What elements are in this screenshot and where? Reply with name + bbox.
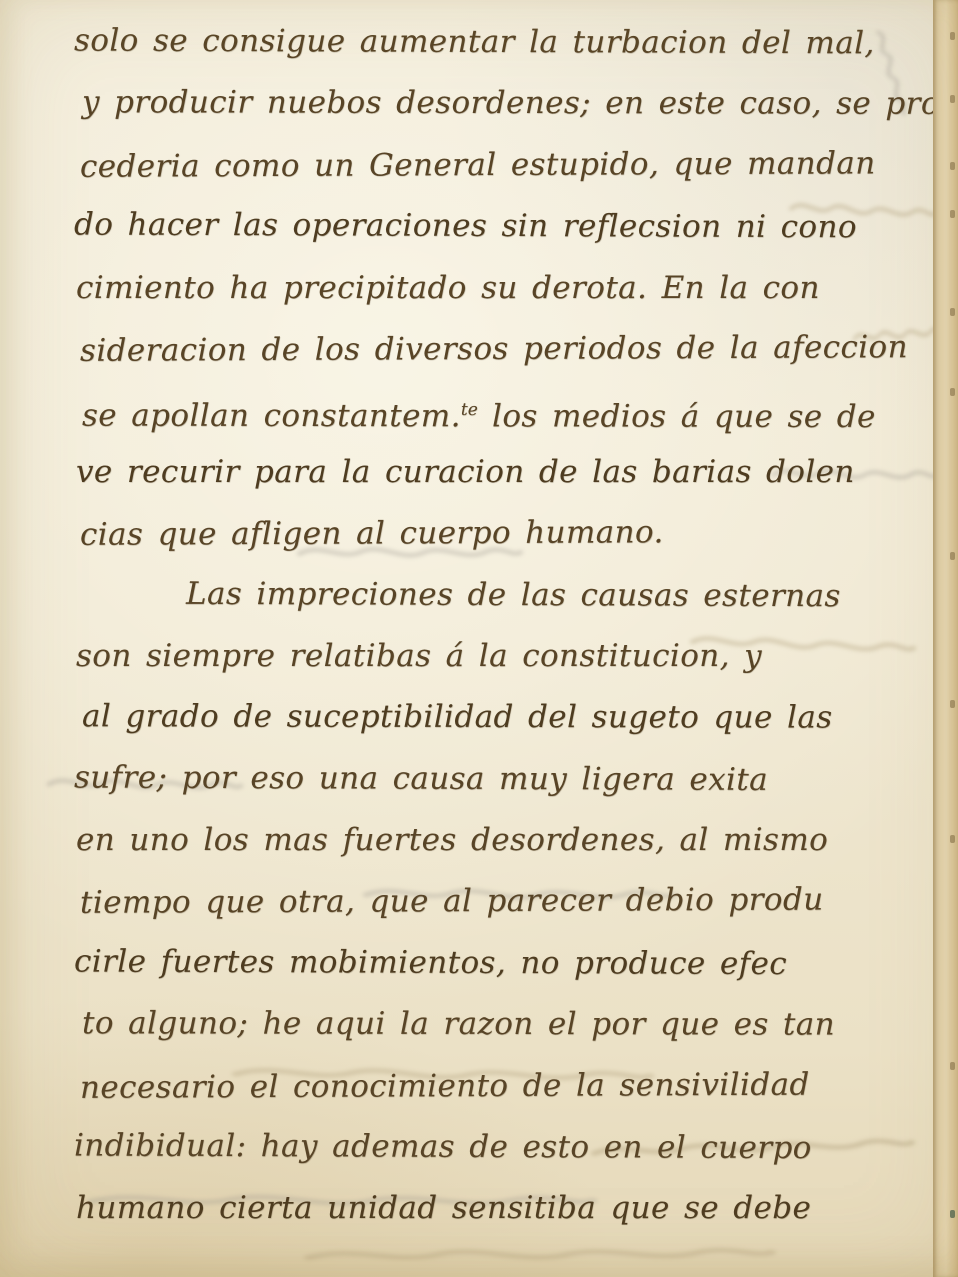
stitch-mark — [950, 835, 955, 843]
manuscript-line: to alguno; he aqui la razon el por que e… — [82, 994, 930, 1057]
stitch-mark — [950, 162, 955, 170]
book-fore-edge — [933, 0, 958, 1277]
manuscript-line: cimiento ha precipitado su derota. En la… — [76, 258, 924, 319]
manuscript-text-block: solo se consigue aumentar la turbacion d… — [76, 12, 924, 1240]
manuscript-line: ve recurir para la curacion de las baria… — [76, 442, 924, 503]
manuscript-line: cias que afligen al cuerpo humano. — [80, 501, 928, 566]
ink-bleedthrough-mark — [300, 1242, 780, 1268]
manuscript-line: indibidual: hay ademas de esto en el cue… — [74, 1116, 922, 1180]
superscript-abbreviation: te — [461, 400, 478, 420]
stitch-mark — [950, 552, 955, 560]
manuscript-line: tiempo que otra, que al parecer debio pr… — [80, 870, 928, 935]
stitch-mark — [950, 700, 955, 708]
manuscript-line: cederia como un General estupido, que ma… — [80, 133, 928, 198]
manuscript-line: cirle fuertes mobimientos, no produce ef… — [74, 931, 922, 995]
manuscript-line-part: se apollan constantem. — [82, 398, 461, 435]
stitch-mark — [950, 388, 955, 396]
manuscript-line-paragraph-start: Las impreciones de las causas esternas — [74, 563, 922, 627]
stitch-mark — [950, 32, 955, 40]
manuscript-line: humano cierta unidad sensitiba que se de… — [76, 1178, 924, 1239]
stitch-mark — [950, 308, 955, 316]
stitch-mark — [950, 1210, 955, 1218]
manuscript-line: son siempre relatibas á la constitucion,… — [76, 626, 924, 687]
manuscript-line: sufre; por eso una causa muy ligera exit… — [74, 747, 922, 811]
manuscript-line: se apollan constantem.te los medios á qu… — [82, 380, 930, 443]
manuscript-line: en uno los mas fuertes desordenes, al mi… — [76, 810, 924, 871]
manuscript-page: solo se consigue aumentar la turbacion d… — [0, 0, 958, 1277]
manuscript-line-part: los medios á que se de — [478, 399, 876, 436]
manuscript-line: solo se consigue aumentar la turbacion d… — [74, 11, 922, 75]
stitch-mark — [950, 95, 955, 103]
manuscript-line: y producir nuebos desordenes; en este ca… — [82, 73, 930, 136]
manuscript-line: do hacer las operaciones sin reflecsion … — [74, 195, 922, 259]
manuscript-line: al grado de suceptibilidad del sugeto qu… — [82, 687, 930, 750]
manuscript-line: sideracion de los diversos periodos de l… — [80, 317, 928, 382]
stitch-mark — [950, 210, 955, 218]
manuscript-line: necesario el conocimiento de la sensivil… — [80, 1054, 928, 1119]
stitch-mark — [950, 1062, 955, 1070]
